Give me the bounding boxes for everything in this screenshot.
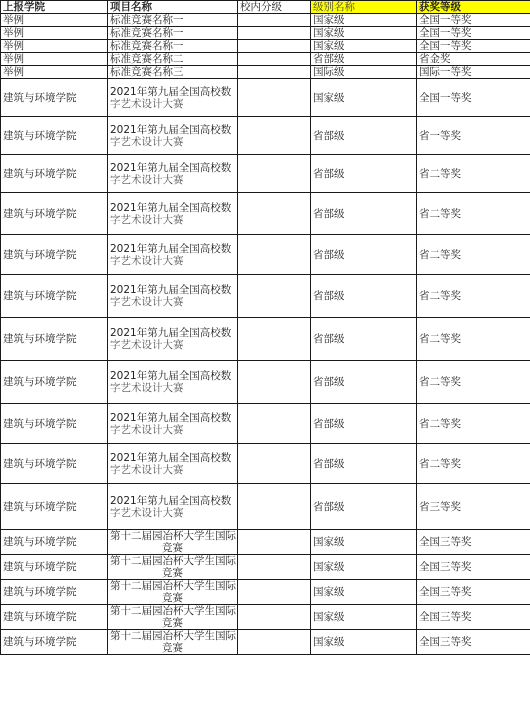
cell-award[interactable]: 全国一等奖	[417, 27, 530, 40]
cell-project[interactable]: 标准竞赛名称二	[108, 53, 238, 66]
cell-college[interactable]: 建筑与环境学院	[1, 155, 108, 193]
cell-project[interactable]: 2021年第九届全国高校数字艺术设计大赛	[108, 193, 238, 235]
cell-school-level[interactable]	[238, 155, 311, 193]
cell-school-level[interactable]	[238, 444, 311, 484]
cell-project-line1: 2021年第九届全国高校数	[110, 452, 235, 464]
table-row: 举例 标准竞赛名称一 国家级 全国一等奖	[1, 40, 530, 53]
cell-award[interactable]: 省二等奖	[417, 193, 530, 235]
cell-project-line2: 字艺术设计大赛	[110, 174, 235, 186]
cell-project[interactable]: 标准竞赛名称三	[108, 66, 238, 79]
cell-project[interactable]: 第十二届园冶杯大学生国际竞赛	[108, 630, 238, 655]
table-row: 建筑与环境学院 2021年第九届全国高校数字艺术设计大赛 省部级 省二等奖	[1, 404, 530, 444]
cell-level-name[interactable]: 省部级	[311, 275, 417, 318]
cell-award[interactable]: 省二等奖	[417, 404, 530, 444]
cell-project[interactable]: 第十二届园冶杯大学生国际竞赛	[108, 580, 238, 605]
cell-project-line1: 2021年第九届全国高校数	[110, 86, 235, 98]
cell-school-level[interactable]	[238, 79, 311, 117]
header-school-level[interactable]: 校内分级	[238, 1, 311, 14]
table-row: 建筑与环境学院 2021年第九届全国高校数字艺术设计大赛 省部级 省二等奖	[1, 235, 530, 275]
cell-project-line2: 字艺术设计大赛	[110, 339, 235, 351]
cell-level-name[interactable]: 省部级	[311, 155, 417, 193]
table-row: 建筑与环境学院 2021年第九届全国高校数字艺术设计大赛 国家级 全国一等奖	[1, 79, 530, 117]
cell-project-line1: 第十二届园冶杯大学生国际	[110, 555, 235, 567]
cell-award[interactable]: 省二等奖	[417, 361, 530, 404]
cell-award[interactable]: 省一等奖	[417, 117, 530, 155]
cell-level-name[interactable]: 省部级	[311, 235, 417, 275]
cell-project-line1: 第十二届园冶杯大学生国际	[110, 605, 235, 617]
table-row: 举例 标准竞赛名称一 国家级 全国一等奖	[1, 27, 530, 40]
cell-level-name[interactable]: 省部级	[311, 53, 417, 66]
cell-college[interactable]: 建筑与环境学院	[1, 235, 108, 275]
cell-level-name[interactable]: 省部级	[311, 484, 417, 530]
cell-project-line2: 竞赛	[110, 567, 235, 579]
cell-project-line1: 第十二届园冶杯大学生国际	[110, 530, 235, 542]
cell-level-name[interactable]: 国家级	[311, 79, 417, 117]
cell-college[interactable]: 建筑与环境学院	[1, 484, 108, 530]
cell-school-level[interactable]	[238, 117, 311, 155]
table-row: 建筑与环境学院 2021年第九届全国高校数字艺术设计大赛 省部级 省一等奖	[1, 117, 530, 155]
cell-college[interactable]: 举例	[1, 40, 108, 53]
table-row: 举例 标准竞赛名称三 国际级 国际一等奖	[1, 66, 530, 79]
header-row: 上报学院 项目名称 校内分级 级别名称 获奖等级	[1, 1, 530, 14]
cell-project-line2: 字艺术设计大赛	[110, 507, 235, 519]
cell-school-level[interactable]	[238, 27, 311, 40]
cell-project[interactable]: 标准竞赛名称一	[108, 40, 238, 53]
cell-college[interactable]: 建筑与环境学院	[1, 580, 108, 605]
cell-school-level[interactable]	[238, 630, 311, 655]
cell-college[interactable]: 建筑与环境学院	[1, 275, 108, 318]
cell-project-line1: 第十二届园冶杯大学生国际	[110, 630, 235, 642]
cell-project-line2: 字艺术设计大赛	[110, 98, 235, 110]
table-row: 建筑与环境学院 2021年第九届全国高校数字艺术设计大赛 省部级 省二等奖	[1, 193, 530, 235]
cell-project-line1: 2021年第九届全国高校数	[110, 495, 235, 507]
cell-college[interactable]: 举例	[1, 66, 108, 79]
table-row: 建筑与环境学院 2021年第九届全国高校数字艺术设计大赛 省部级 省二等奖	[1, 318, 530, 361]
cell-school-level[interactable]	[238, 404, 311, 444]
cell-project[interactable]: 2021年第九届全国高校数字艺术设计大赛	[108, 79, 238, 117]
cell-school-level[interactable]	[238, 555, 311, 580]
cell-award[interactable]: 省二等奖	[417, 235, 530, 275]
cell-project-line1: 2021年第九届全国高校数	[110, 412, 235, 424]
cell-college[interactable]: 建筑与环境学院	[1, 444, 108, 484]
cell-level-name[interactable]: 国际级	[311, 66, 417, 79]
cell-award[interactable]: 省三等奖	[417, 484, 530, 530]
cell-project-line1: 2021年第九届全国高校数	[110, 327, 235, 339]
cell-level-name[interactable]: 省部级	[311, 318, 417, 361]
cell-project[interactable]: 2021年第九届全国高校数字艺术设计大赛	[108, 318, 238, 361]
cell-school-level[interactable]	[238, 14, 311, 27]
cell-level-name[interactable]: 国家级	[311, 40, 417, 53]
table-row: 建筑与环境学院 第十二届园冶杯大学生国际竞赛 国家级 全国三等奖	[1, 605, 530, 630]
cell-award[interactable]: 省二等奖	[417, 444, 530, 484]
cell-project-line2: 字艺术设计大赛	[110, 382, 235, 394]
cell-award[interactable]: 全国一等奖	[417, 40, 530, 53]
cell-project[interactable]: 2021年第九届全国高校数字艺术设计大赛	[108, 484, 238, 530]
cell-project[interactable]: 2021年第九届全国高校数字艺术设计大赛	[108, 155, 238, 193]
cell-project-line2: 竞赛	[110, 542, 235, 554]
cell-college[interactable]: 建筑与环境学院	[1, 193, 108, 235]
cell-college[interactable]: 举例	[1, 53, 108, 66]
cell-college[interactable]: 建筑与环境学院	[1, 555, 108, 580]
cell-college[interactable]: 建筑与环境学院	[1, 79, 108, 117]
cell-award[interactable]: 全国三等奖	[417, 530, 530, 555]
cell-college[interactable]: 建筑与环境学院	[1, 630, 108, 655]
cell-level-name[interactable]: 国家级	[311, 27, 417, 40]
cell-project[interactable]: 第十二届园冶杯大学生国际竞赛	[108, 555, 238, 580]
header-college[interactable]: 上报学院	[1, 1, 108, 14]
cell-college[interactable]: 举例	[1, 27, 108, 40]
cell-college[interactable]: 建筑与环境学院	[1, 404, 108, 444]
table-row: 举例 标准竞赛名称一 国家级 全国一等奖	[1, 14, 530, 27]
table-row: 举例 标准竞赛名称二 省部级 省金奖	[1, 53, 530, 66]
cell-school-level[interactable]	[238, 53, 311, 66]
cell-project[interactable]: 2021年第九届全国高校数字艺术设计大赛	[108, 444, 238, 484]
cell-project-line2: 字艺术设计大赛	[110, 296, 235, 308]
cell-college[interactable]: 建筑与环境学院	[1, 318, 108, 361]
cell-college[interactable]: 建筑与环境学院	[1, 530, 108, 555]
cell-award[interactable]: 省二等奖	[417, 275, 530, 318]
cell-project-line1: 2021年第九届全国高校数	[110, 370, 235, 382]
cell-level-name[interactable]: 省部级	[311, 117, 417, 155]
table-row: 建筑与环境学院 2021年第九届全国高校数字艺术设计大赛 省部级 省二等奖	[1, 275, 530, 318]
cell-school-level[interactable]	[238, 318, 311, 361]
cell-school-level[interactable]	[238, 361, 311, 404]
cell-project[interactable]: 2021年第九届全国高校数字艺术设计大赛	[108, 117, 238, 155]
cell-award[interactable]: 省二等奖	[417, 318, 530, 361]
cell-project[interactable]: 2021年第九届全国高校数字艺术设计大赛	[108, 275, 238, 318]
cell-project-line1: 2021年第九届全国高校数	[110, 202, 235, 214]
cell-level-name[interactable]: 省部级	[311, 404, 417, 444]
cell-project[interactable]: 2021年第九届全国高校数字艺术设计大赛	[108, 361, 238, 404]
cell-award[interactable]: 全国三等奖	[417, 555, 530, 580]
cell-project-line1: 2021年第九届全国高校数	[110, 284, 235, 296]
cell-school-level[interactable]	[238, 66, 311, 79]
table-row: 建筑与环境学院 2021年第九届全国高校数字艺术设计大赛 省部级 省三等奖	[1, 484, 530, 530]
table-row: 建筑与环境学院 第十二届园冶杯大学生国际竞赛 国家级 全国三等奖	[1, 630, 530, 655]
cell-award[interactable]: 全国三等奖	[417, 605, 530, 630]
cell-school-level[interactable]	[238, 530, 311, 555]
cell-school-level[interactable]	[238, 605, 311, 630]
table-row: 建筑与环境学院 第十二届园冶杯大学生国际竞赛 国家级 全国三等奖	[1, 580, 530, 605]
cell-project-line2: 竞赛	[110, 642, 235, 654]
cell-school-level[interactable]	[238, 580, 311, 605]
cell-project-line2: 字艺术设计大赛	[110, 464, 235, 476]
header-award[interactable]: 获奖等级	[417, 1, 530, 14]
cell-project-line1: 2021年第九届全国高校数	[110, 162, 235, 174]
cell-award[interactable]: 全国三等奖	[417, 580, 530, 605]
cell-project-line2: 字艺术设计大赛	[110, 214, 235, 226]
cell-project-line1: 第十二届园冶杯大学生国际	[110, 580, 235, 592]
cell-project-line2: 字艺术设计大赛	[110, 424, 235, 436]
cell-award[interactable]: 全国三等奖	[417, 630, 530, 655]
header-level-name[interactable]: 级别名称	[311, 1, 417, 14]
cell-school-level[interactable]	[238, 40, 311, 53]
spreadsheet-table: 上报学院 项目名称 校内分级 级别名称 获奖等级 举例 标准竞赛名称一 国家级 …	[0, 0, 530, 655]
cell-project-line1: 2021年第九届全国高校数	[110, 243, 235, 255]
cell-project[interactable]: 第十二届园冶杯大学生国际竞赛	[108, 530, 238, 555]
cell-level-name[interactable]: 国家级	[311, 605, 417, 630]
cell-level-name[interactable]: 省部级	[311, 444, 417, 484]
cell-college[interactable]: 建筑与环境学院	[1, 117, 108, 155]
table-row: 建筑与环境学院 2021年第九届全国高校数字艺术设计大赛 省部级 省二等奖	[1, 444, 530, 484]
cell-school-level[interactable]	[238, 484, 311, 530]
cell-project-line2: 字艺术设计大赛	[110, 255, 235, 267]
cell-level-name[interactable]: 省部级	[311, 361, 417, 404]
cell-award[interactable]: 国际一等奖	[417, 66, 530, 79]
cell-level-name[interactable]: 省部级	[311, 193, 417, 235]
table-row: 建筑与环境学院 第十二届园冶杯大学生国际竞赛 国家级 全国三等奖	[1, 530, 530, 555]
cell-project[interactable]: 标准竞赛名称一	[108, 27, 238, 40]
cell-level-name[interactable]: 国家级	[311, 14, 417, 27]
cell-award[interactable]: 省二等奖	[417, 155, 530, 193]
cell-award[interactable]: 全国一等奖	[417, 79, 530, 117]
cell-level-name[interactable]: 国家级	[311, 555, 417, 580]
header-project[interactable]: 项目名称	[108, 1, 238, 14]
cell-award[interactable]: 省金奖	[417, 53, 530, 66]
table-row: 建筑与环境学院 2021年第九届全国高校数字艺术设计大赛 省部级 省二等奖	[1, 361, 530, 404]
table-row: 建筑与环境学院 第十二届园冶杯大学生国际竞赛 国家级 全国三等奖	[1, 555, 530, 580]
cell-school-level[interactable]	[238, 275, 311, 318]
cell-level-name[interactable]: 国家级	[311, 530, 417, 555]
cell-project[interactable]: 标准竞赛名称一	[108, 14, 238, 27]
cell-project[interactable]: 2021年第九届全国高校数字艺术设计大赛	[108, 404, 238, 444]
cell-college[interactable]: 建筑与环境学院	[1, 361, 108, 404]
cell-level-name[interactable]: 国家级	[311, 580, 417, 605]
cell-project-line2: 竞赛	[110, 592, 235, 604]
cell-level-name[interactable]: 国家级	[311, 630, 417, 655]
cell-project[interactable]: 2021年第九届全国高校数字艺术设计大赛	[108, 235, 238, 275]
cell-school-level[interactable]	[238, 235, 311, 275]
table-row: 建筑与环境学院 2021年第九届全国高校数字艺术设计大赛 省部级 省二等奖	[1, 155, 530, 193]
cell-college[interactable]: 建筑与环境学院	[1, 605, 108, 630]
cell-project-line1: 2021年第九届全国高校数	[110, 124, 235, 136]
cell-project-line2: 竞赛	[110, 617, 235, 629]
cell-project[interactable]: 第十二届园冶杯大学生国际竞赛	[108, 605, 238, 630]
cell-project-line2: 字艺术设计大赛	[110, 136, 235, 148]
cell-award[interactable]: 全国一等奖	[417, 14, 530, 27]
cell-college[interactable]: 举例	[1, 14, 108, 27]
cell-school-level[interactable]	[238, 193, 311, 235]
